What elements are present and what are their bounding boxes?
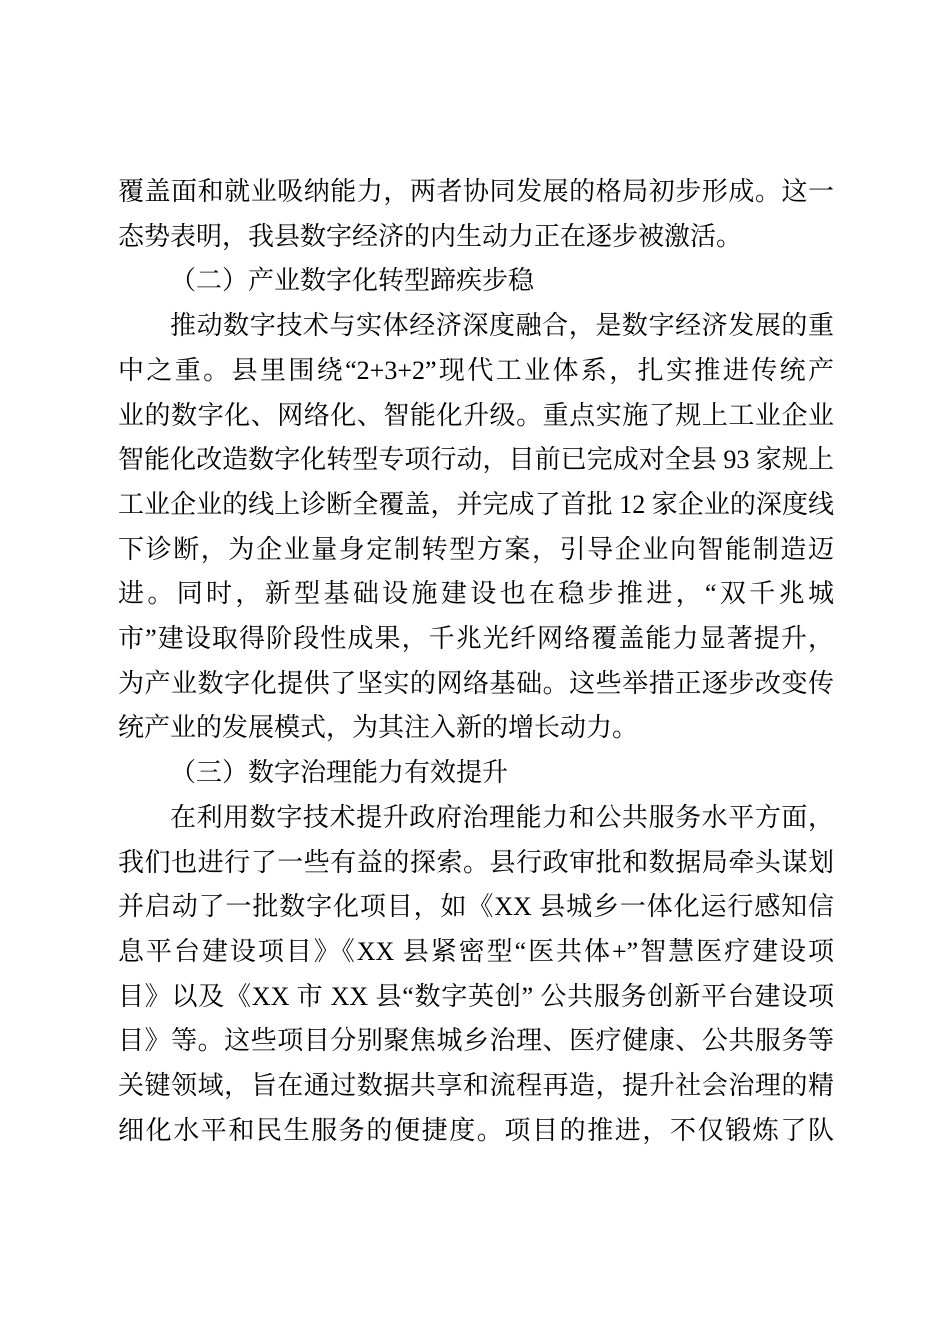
body-text-line: 态势表明，我县数字经济的内生动力正在逐步被激活。 — [118, 215, 834, 260]
body-text-line: 智能化改造数字化转型专项行动，目前已完成对全县 93 家规上 — [118, 438, 834, 483]
body-text-line: 中之重。县里围绕“2+3+2”现代工业体系，扎实推进传统产 — [118, 349, 834, 394]
body-text-line: 目》等。这些项目分别聚焦城乡治理、医疗健康、公共服务等 — [118, 1019, 834, 1064]
body-text-line: 业的数字化、网络化、智能化升级。重点实施了规上工业企业 — [118, 394, 834, 439]
body-text-line: 并启动了一批数字化项目，如《XX 县城乡一体化运行感知信 — [118, 885, 834, 930]
body-text-line: 统产业的发展模式，为其注入新的增长动力。 — [118, 706, 834, 751]
body-text-line: 我们也进行了一些有益的探索。县行政审批和数据局牵头谋划 — [118, 841, 834, 886]
body-text-line: 进。同时，新型基础设施建设也在稳步推进，“双千兆城 — [118, 572, 834, 617]
body-text-line: 下诊断，为企业量身定制转型方案，引导企业向智能制造迈 — [118, 528, 834, 573]
body-text-line: 关键领域，旨在通过数据共享和流程再造，提升社会治理的精 — [118, 1064, 834, 1109]
document-page: 覆盖面和就业吸纳能力，两者协同发展的格局初步形成。这一态势表明，我县数字经济的内… — [0, 0, 950, 1344]
body-text-line: 目》以及《XX 市 XX 县“数字英创” 公共服务创新平台建设项 — [118, 975, 834, 1020]
body-text-line: 工业企业的线上诊断全覆盖，并完成了首批 12 家企业的深度线 — [118, 483, 834, 528]
section-heading: （三）数字治理能力有效提升 — [118, 751, 834, 796]
body-text-line: 息平台建设项目》《XX 县紧密型“医共体+”智慧医疗建设项 — [118, 930, 834, 975]
section-heading: （二）产业数字化转型蹄疾步稳 — [118, 259, 834, 304]
body-text-line: 市”建设取得阶段性成果，千兆光纤网络覆盖能力显著提升， — [118, 617, 834, 662]
body-text-line: 在利用数字技术提升政府治理能力和公共服务水平方面， — [118, 796, 834, 841]
document-body: 覆盖面和就业吸纳能力，两者协同发展的格局初步形成。这一态势表明，我县数字经济的内… — [118, 170, 834, 1153]
body-text-line: 推动数字技术与实体经济深度融合，是数字经济发展的重 — [118, 304, 834, 349]
body-text-line: 细化水平和民生服务的便捷度。项目的推进，不仅锻炼了队 — [118, 1109, 834, 1154]
body-text-line: 覆盖面和就业吸纳能力，两者协同发展的格局初步形成。这一 — [118, 170, 834, 215]
body-text-line: 为产业数字化提供了坚实的网络基础。这些举措正逐步改变传 — [118, 662, 834, 707]
